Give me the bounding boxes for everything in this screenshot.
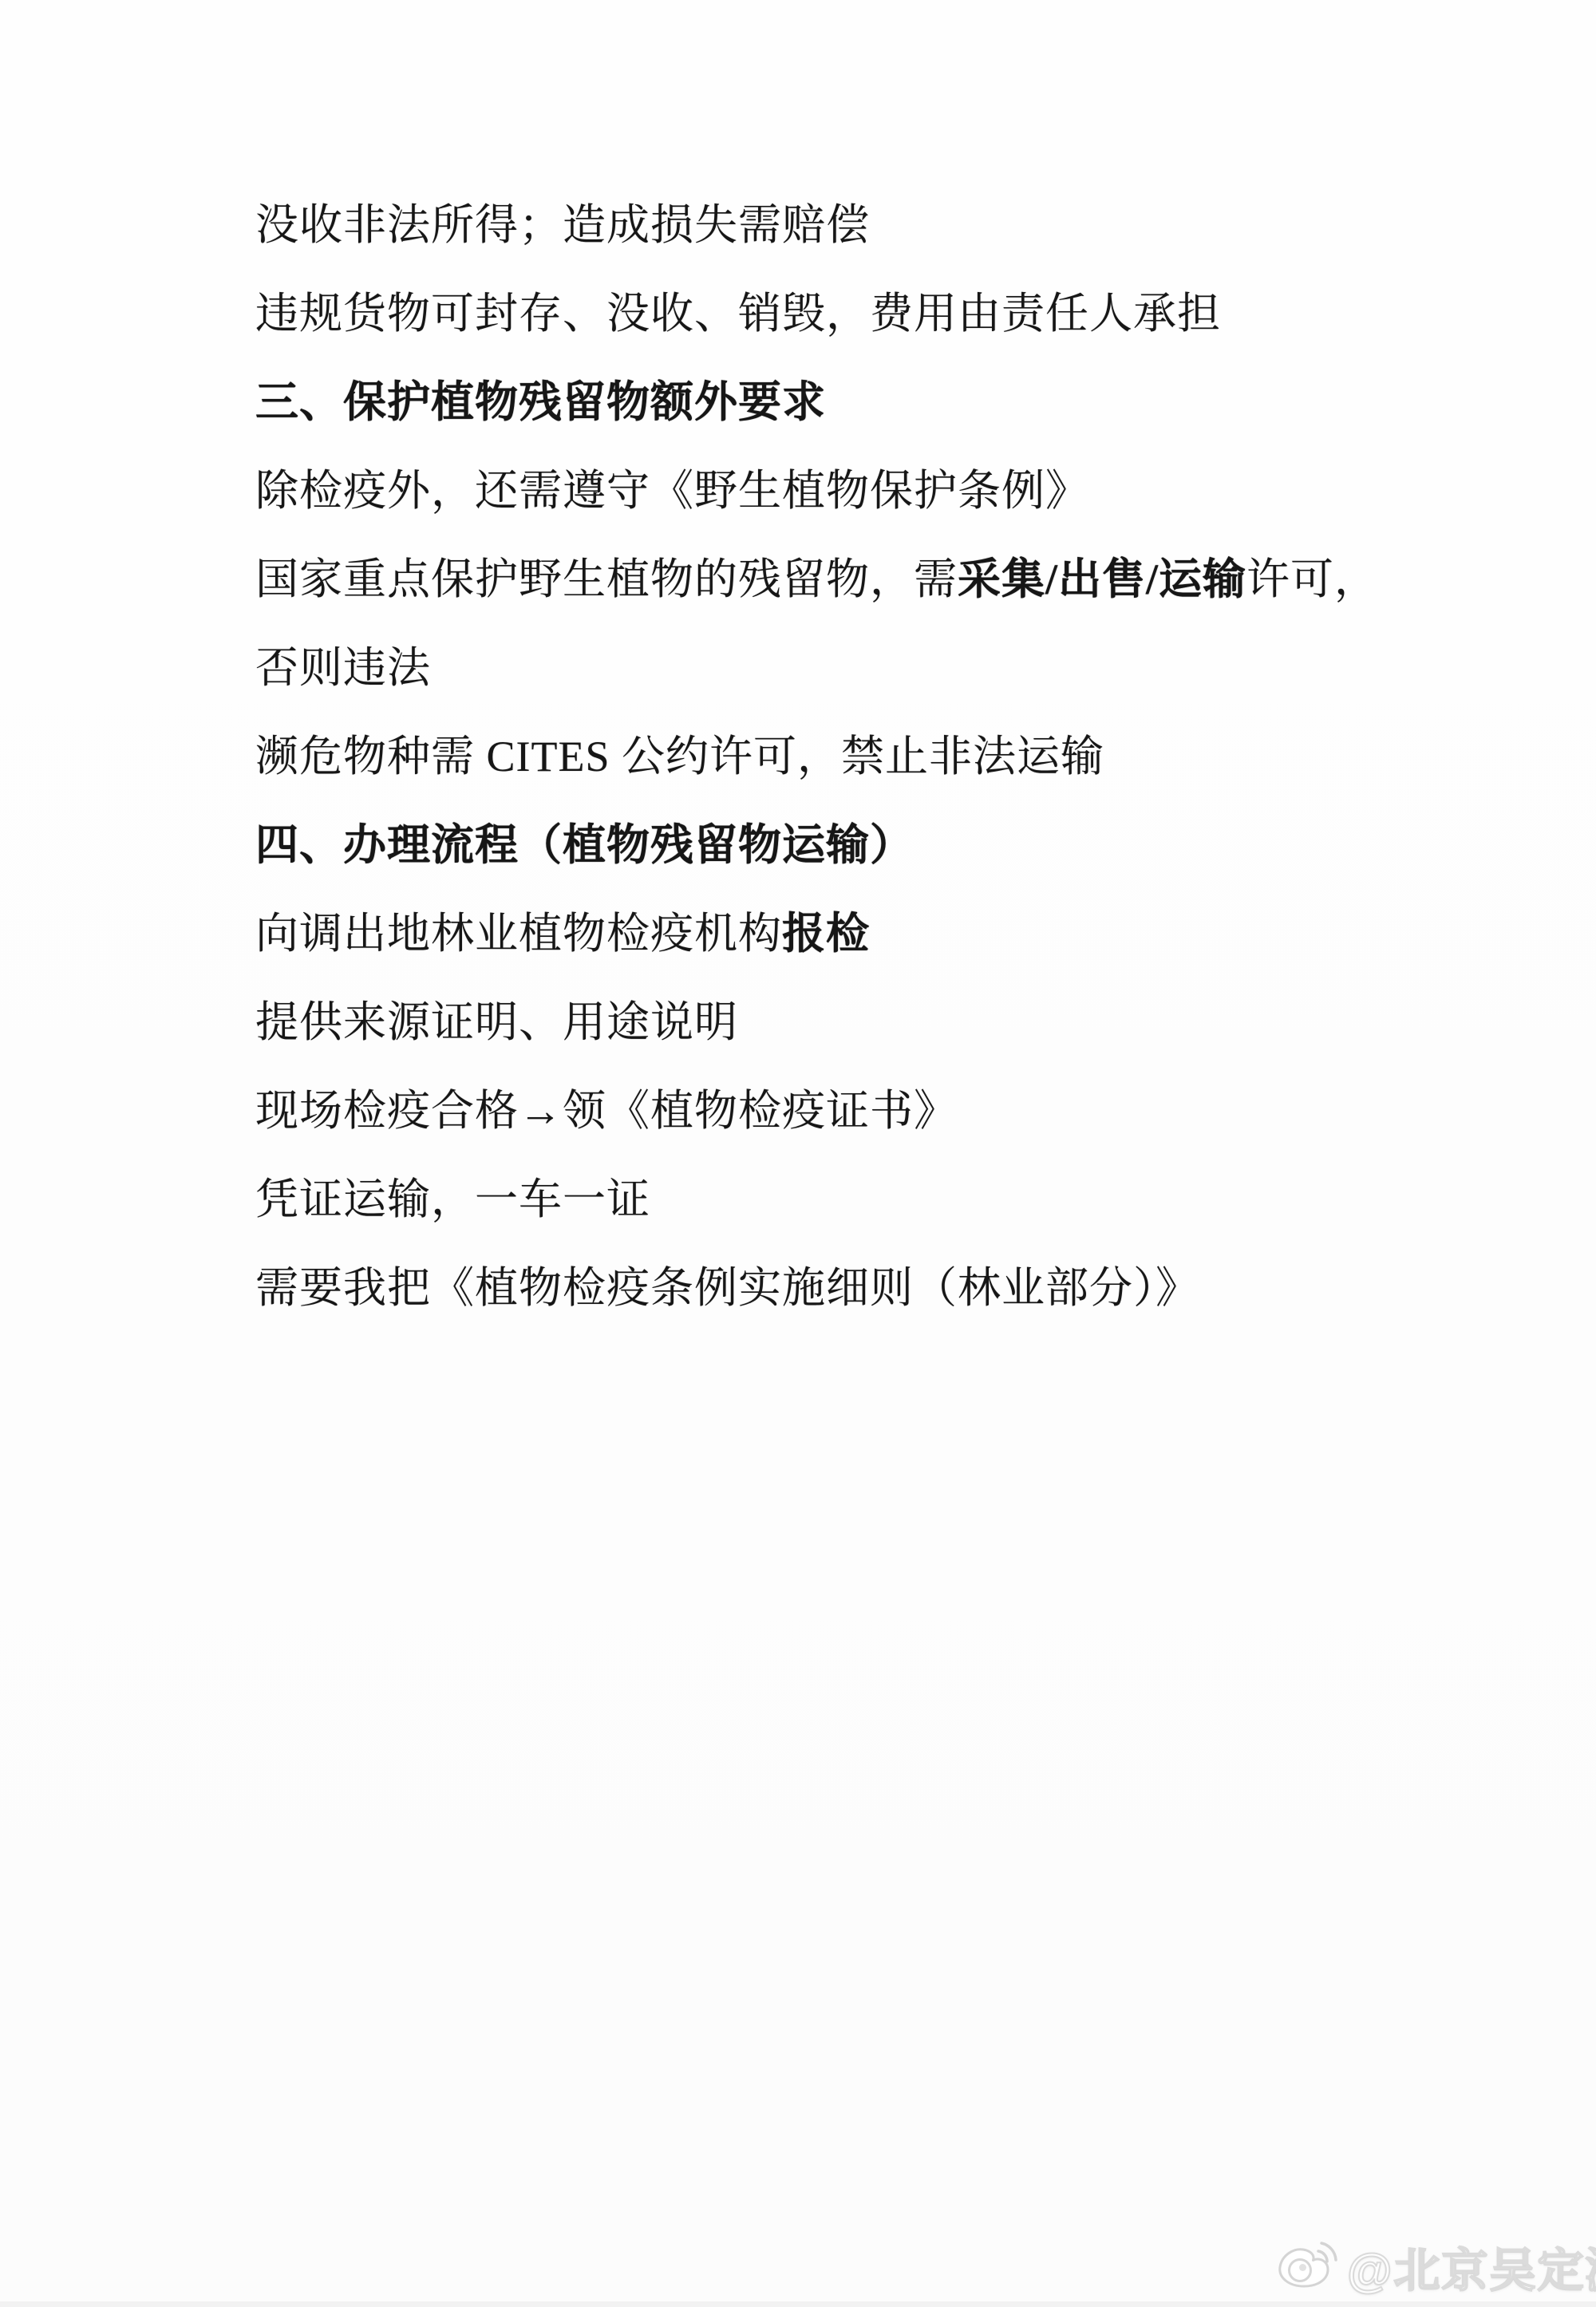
bottom-edge-artifact bbox=[0, 2301, 1596, 2307]
text-line: 三、保护植物残留物额外要求 bbox=[255, 354, 1468, 443]
text-segment: 除检疫外，还需遵守《野生植物保护条例》 bbox=[255, 456, 1089, 518]
text-line: 凭证运输，一车一证 bbox=[255, 1152, 1468, 1240]
text-segment: 需要我把《植物检疫条例实施细则（林业部分）》 bbox=[255, 1254, 1199, 1315]
text-line: 四、办理流程（植物残留物运输） bbox=[255, 797, 1468, 886]
text-segment: 违规货物可封存、没收、销毁，费用由责任人承担 bbox=[255, 279, 1221, 341]
text-line: 需要我把《植物检疫条例实施细则（林业部分）》 bbox=[255, 1240, 1468, 1329]
text-segment: 没收非法所得；造成损失需赔偿 bbox=[255, 191, 870, 252]
text-line: 向调出地林业植物检疫机构报检 bbox=[255, 886, 1468, 974]
text-segment: 向调出地林业植物检疫机构 bbox=[255, 899, 782, 961]
bold-text-segment: 四、办理流程（植物残留物运输） bbox=[255, 811, 914, 872]
text-segment: 凭证运输，一车一证 bbox=[255, 1165, 650, 1227]
text-line: 否则违法 bbox=[255, 620, 1468, 709]
text-segment: 否则违法 bbox=[255, 634, 431, 695]
text-line: 国家重点保护野生植物的残留物，需采集/出售/运输许可， bbox=[255, 531, 1468, 620]
weibo-logo-icon bbox=[1274, 2237, 1339, 2296]
text-line: 现场检疫合格→领《植物检疫证书》 bbox=[255, 1063, 1468, 1152]
watermark-handle: @北京吴定洲 bbox=[1347, 2233, 1596, 2300]
text-line: 没收非法所得；造成损失需赔偿 bbox=[255, 177, 1468, 266]
text-segment: 国家重点保护野生植物的残留物，需 bbox=[255, 545, 958, 606]
text-line: 提供来源证明、用途说明 bbox=[255, 974, 1468, 1063]
text-line: 违规货物可封存、没收、销毁，费用由责任人承担 bbox=[255, 266, 1468, 354]
document-lines: 没收非法所得；造成损失需赔偿违规货物可封存、没收、销毁，费用由责任人承担三、保护… bbox=[255, 177, 1468, 1329]
bold-text-segment: 采集/出售/运输 bbox=[958, 545, 1246, 606]
watermark: @北京吴定洲 bbox=[1274, 2233, 1596, 2300]
bold-text-segment: 报检 bbox=[782, 899, 870, 961]
bold-text-segment: 三、保护植物残留物额外要求 bbox=[255, 368, 826, 429]
text-line: 除检疫外，还需遵守《野生植物保护条例》 bbox=[255, 443, 1468, 531]
text-line: 濒危物种需 CITES 公约许可，禁止非法运输 bbox=[255, 709, 1468, 797]
text-segment: 现场检疫合格→领《植物检疫证书》 bbox=[255, 1076, 958, 1138]
text-segment: 濒危物种需 CITES 公约许可，禁止非法运输 bbox=[255, 722, 1104, 784]
text-segment: 提供来源证明、用途说明 bbox=[255, 988, 738, 1049]
text-segment: 许可， bbox=[1246, 545, 1378, 606]
